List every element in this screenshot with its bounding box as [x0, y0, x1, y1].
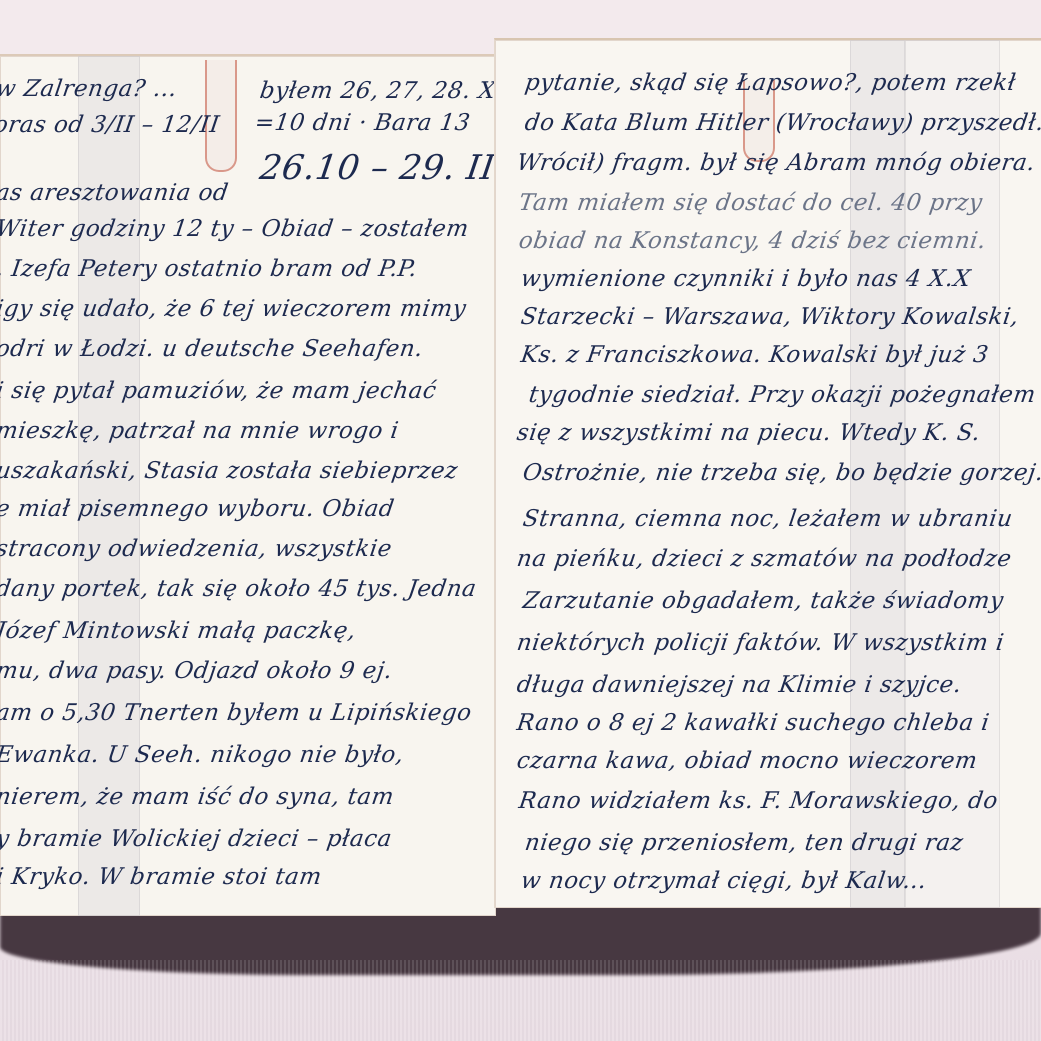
wall-surface: [0, 960, 1041, 1041]
text-line: Wrócił) fragm. był się Abram mnóg obiera…: [515, 150, 1037, 176]
text-line: igy się udało, że 6 tej wieczorem mimy: [0, 296, 468, 322]
text-line: niego się przeniosłem, ten drugi raz: [523, 830, 965, 856]
text-line: tygodnie siedział. Przy okazji pożegnałe…: [527, 382, 1037, 408]
text-line: nierem, że mam iść do syna, tam: [0, 784, 396, 810]
text-line: w Zalrenga? ...: [0, 76, 179, 102]
margin-note-line: byłem 26, 27, 28. X: [258, 78, 496, 104]
text-line: długa dawniejszej na Klimie i szyjce.: [515, 672, 963, 698]
margin-note-line: =10 dni · Bara 13: [253, 110, 472, 136]
text-line: Stranna, ciemna noc, leżałem w ubraniu: [521, 506, 1014, 532]
text-line: się z wszystkimi na piecu. Wtedy K. S.: [515, 420, 982, 446]
text-line: dany portek, tak się około 45 tys. Jedna: [0, 576, 478, 602]
photo-scene: w Zalrenga? ... oras od 3/II – 12/II był…: [0, 0, 1041, 1041]
text-line: oras od 3/II – 12/II: [0, 112, 221, 138]
date-end: 29. II.34: [397, 148, 496, 188]
text-line: odri w Łodzi. u deutsche Seehafen.: [0, 336, 425, 362]
text-line: mieszkę, patrzał na mnie wrogo i: [0, 418, 400, 444]
text-line: na pieńku, dzieci z szmatów na podłodze: [515, 546, 1013, 572]
text-line: Starzecki – Warszawa, Wiktory Kowalski,: [519, 304, 1020, 330]
text-line: Ewanka. U Seeh. nikogo nie było,: [0, 742, 405, 768]
text-line: i Kryko. W bramie stoi tam: [0, 864, 323, 890]
text-line: obiad na Konstancy, 4 dziś bez ciemni.: [517, 228, 988, 254]
date-heading: 26.10 – 29. II.34: [257, 148, 496, 188]
text-line: Rano o 8 ej 2 kawałki suchego chleba i: [515, 710, 991, 736]
text-line: y bramie Wolickiej dzieci – płaca: [0, 826, 394, 852]
text-line: czarna kawa, obiad mocno wieczorem: [515, 748, 979, 774]
text-line: Józef Mintowski małą paczkę,: [0, 618, 358, 644]
text-line: do Kata Blum Hitler (Wrocławy) przyszedł…: [523, 110, 1041, 136]
text-line: pytanie, skąd się Łapsowo?, potem rzekł: [523, 70, 1017, 96]
text-line: uszakański, Stasia została siebieprzez: [0, 458, 460, 484]
text-line: , Izefa Petery ostatnio bram od P.P.: [0, 256, 419, 282]
text-line: as aresztowania od: [0, 180, 230, 206]
text-line: Zarzutanie obgadałem, także świadomy: [521, 588, 1005, 614]
text-line: w nocy otrzymał cięgi, był Kalw...: [519, 868, 928, 894]
text-line: niektórych policji faktów. W wszystkim i: [515, 630, 1006, 656]
text-line: Witer godziny 12 ty – Obiad – zostałem: [0, 216, 470, 242]
text-line: Ks. z Franciszkowa. Kowalski był już 3: [519, 342, 990, 368]
text-line: Rano widziałem ks. F. Morawskiego, do: [517, 788, 999, 814]
text-line: mu, dwa pasy. Odjazd około 9 ej.: [0, 658, 394, 684]
left-page: w Zalrenga? ... oras od 3/II – 12/II był…: [0, 54, 496, 916]
text-line: wymienione czynniki i było nas 4 X.X: [519, 266, 972, 292]
date-dash: –: [368, 148, 391, 188]
date-start: 26.10: [257, 148, 362, 188]
right-page: pytanie, skąd się Łapsowo?, potem rzekł …: [494, 38, 1041, 908]
text-line: e miał pisemnego wyboru. Obiad: [0, 496, 396, 522]
text-line: am o 5,30 Tnerten byłem u Lipińskiego: [0, 700, 473, 726]
text-line: Tam miałem się dostać do cel. 40 przy: [517, 190, 984, 216]
text-line: Ostrożnie, nie trzeba się, bo będzie gor…: [521, 460, 1041, 486]
text-line: i się pytał pamuziów, że mam jechać: [0, 378, 438, 404]
text-line: stracony odwiedzenia, wszystkie: [0, 536, 394, 562]
